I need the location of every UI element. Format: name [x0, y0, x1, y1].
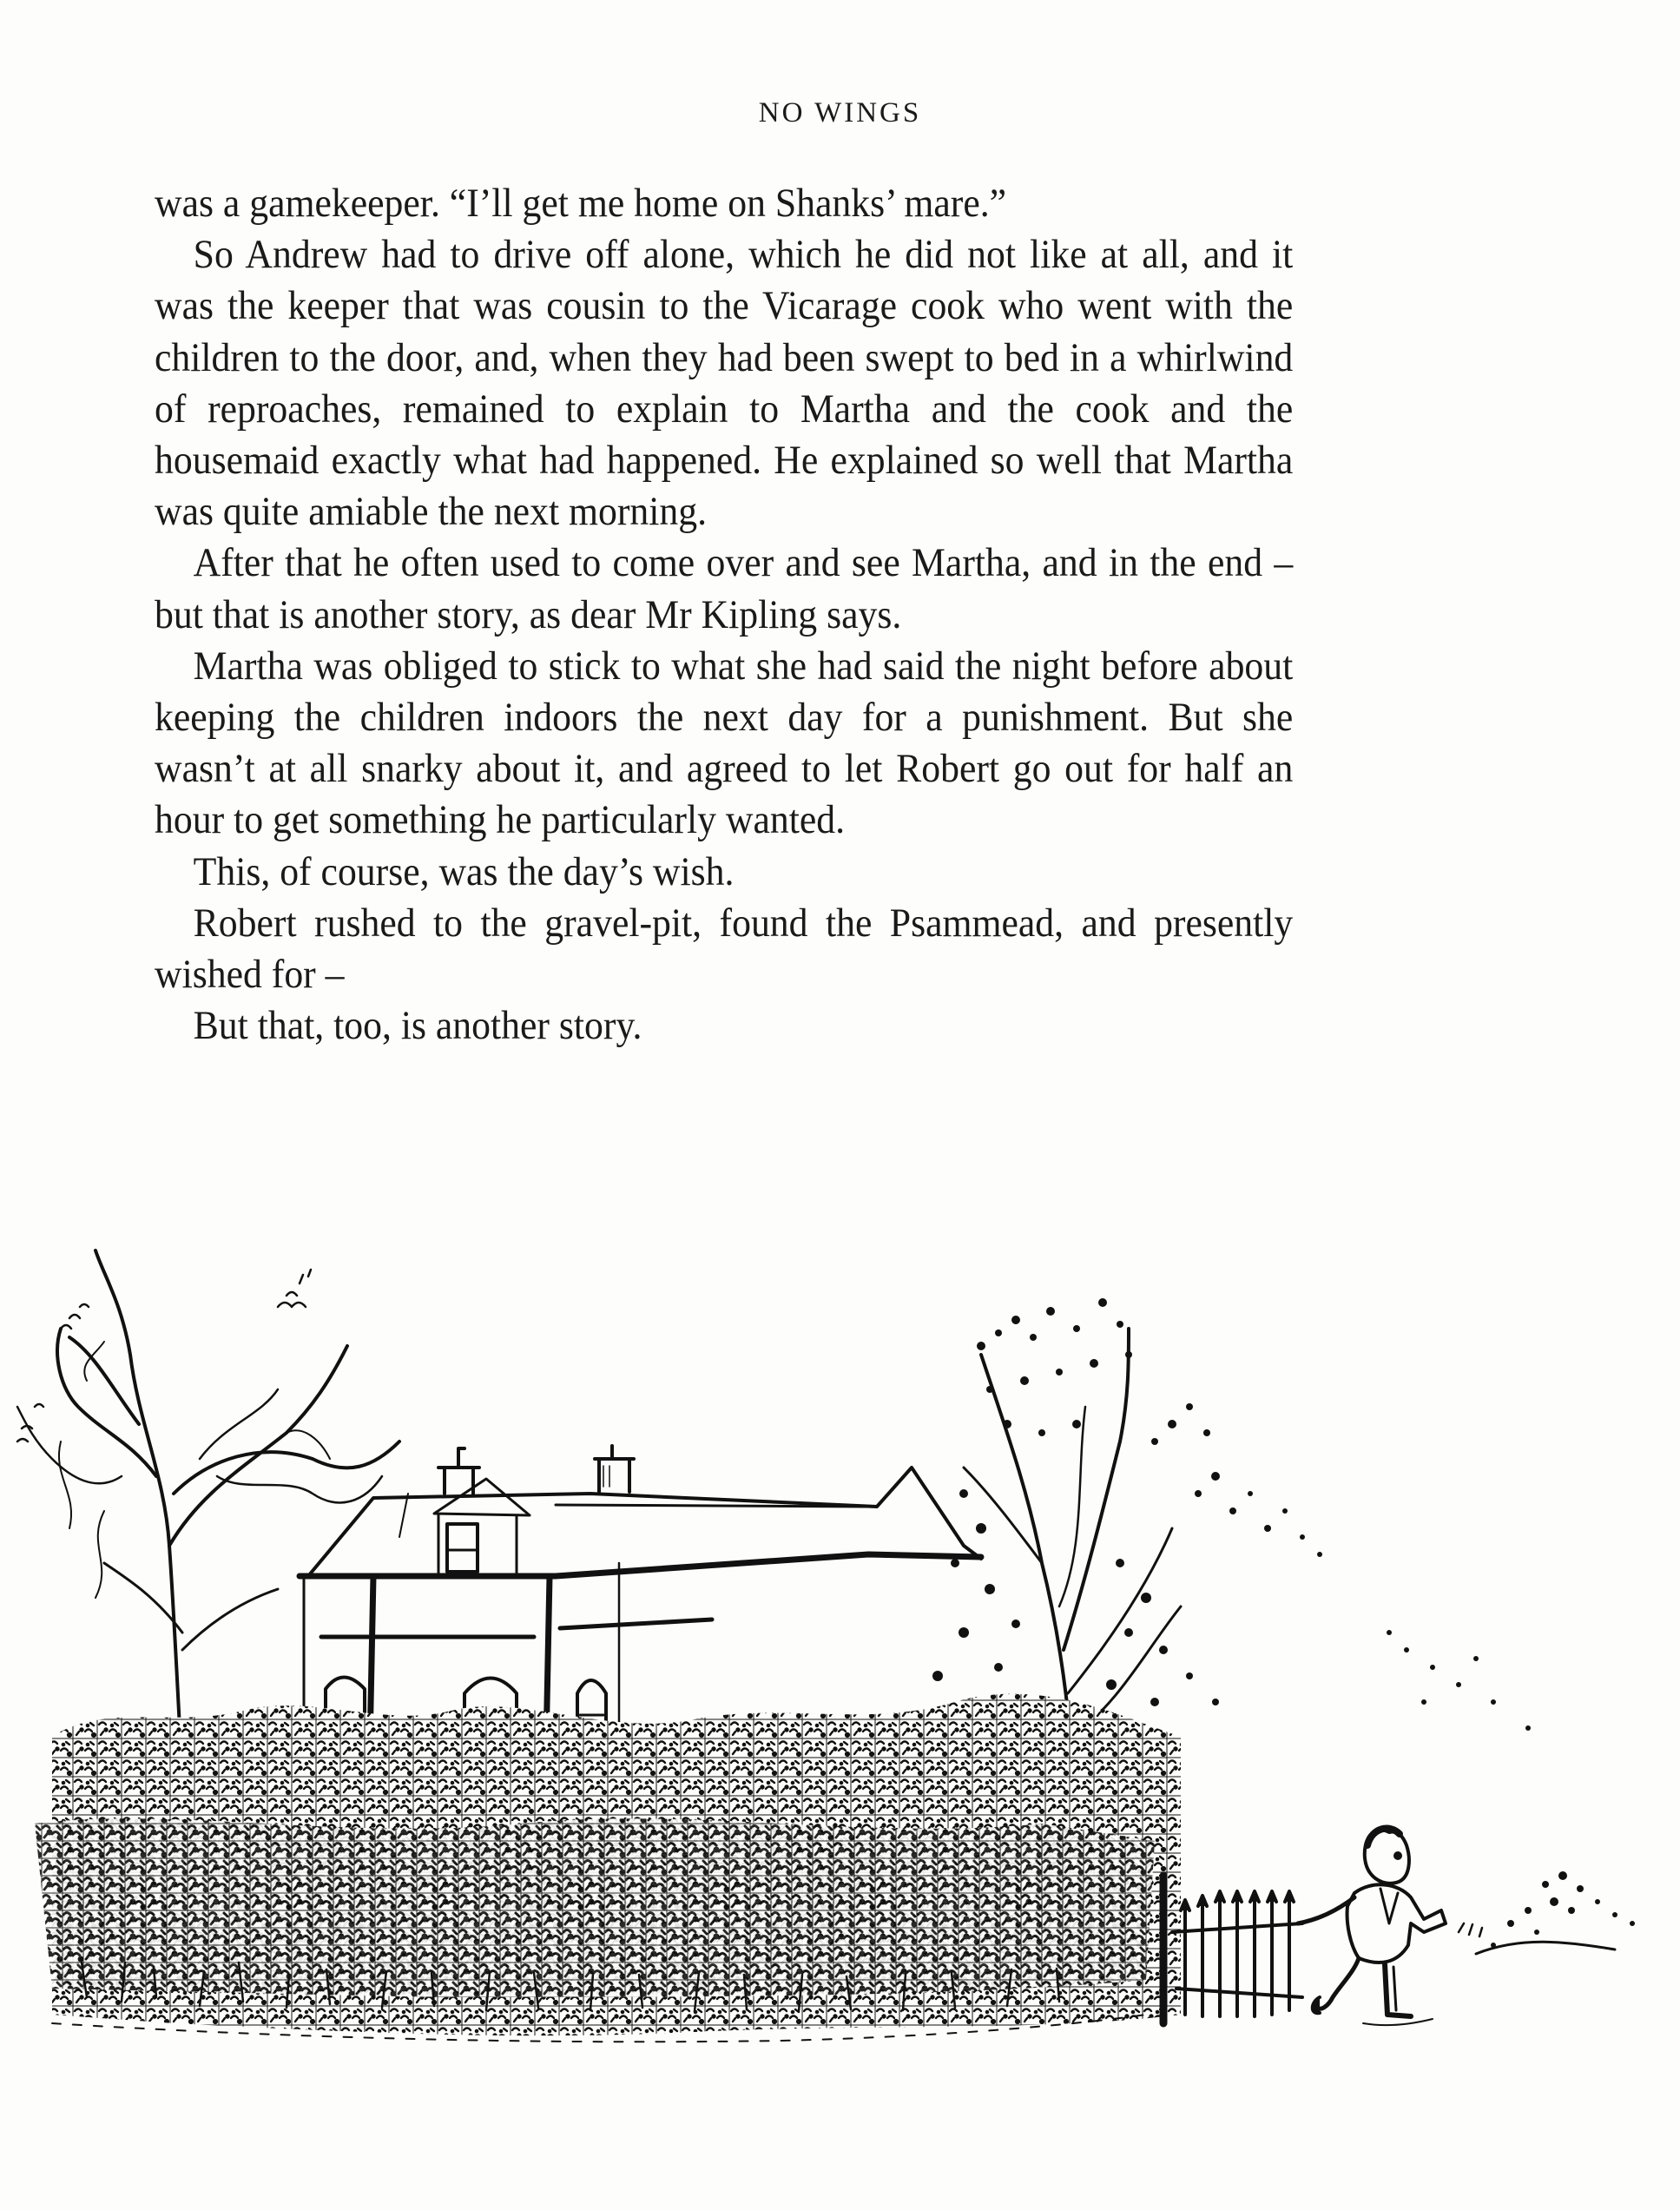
hedges	[35, 1694, 1181, 2042]
paragraph: So Andrew had to drive off alone, which …	[155, 229, 1293, 538]
distant-bush	[1491, 1871, 1635, 1948]
house-illustration	[0, 1216, 1680, 2210]
paragraph: Robert rushed to the gravel-pit, found t…	[155, 898, 1293, 1000]
paragraph: This, of course, was the day’s wish.	[155, 847, 1293, 898]
paragraph: was a gamekeeper. “I’ll get me home on S…	[155, 178, 1293, 229]
running-head: NO WINGS	[0, 97, 1680, 129]
body-text: was a gamekeeper. “I’ll get me home on S…	[155, 178, 1293, 1052]
foliage-stipple	[932, 1298, 1531, 1731]
running-boy	[1298, 1829, 1482, 2026]
bare-tree-left	[17, 1250, 399, 1780]
paragraph: Martha was obliged to stick to what she …	[155, 641, 1293, 847]
paragraph: After that he often used to come over an…	[155, 538, 1293, 640]
iron-gate	[1163, 1876, 1302, 2023]
paragraph: But that, too, is another story.	[155, 1000, 1293, 1052]
bird-scribbles	[17, 1270, 311, 1441]
